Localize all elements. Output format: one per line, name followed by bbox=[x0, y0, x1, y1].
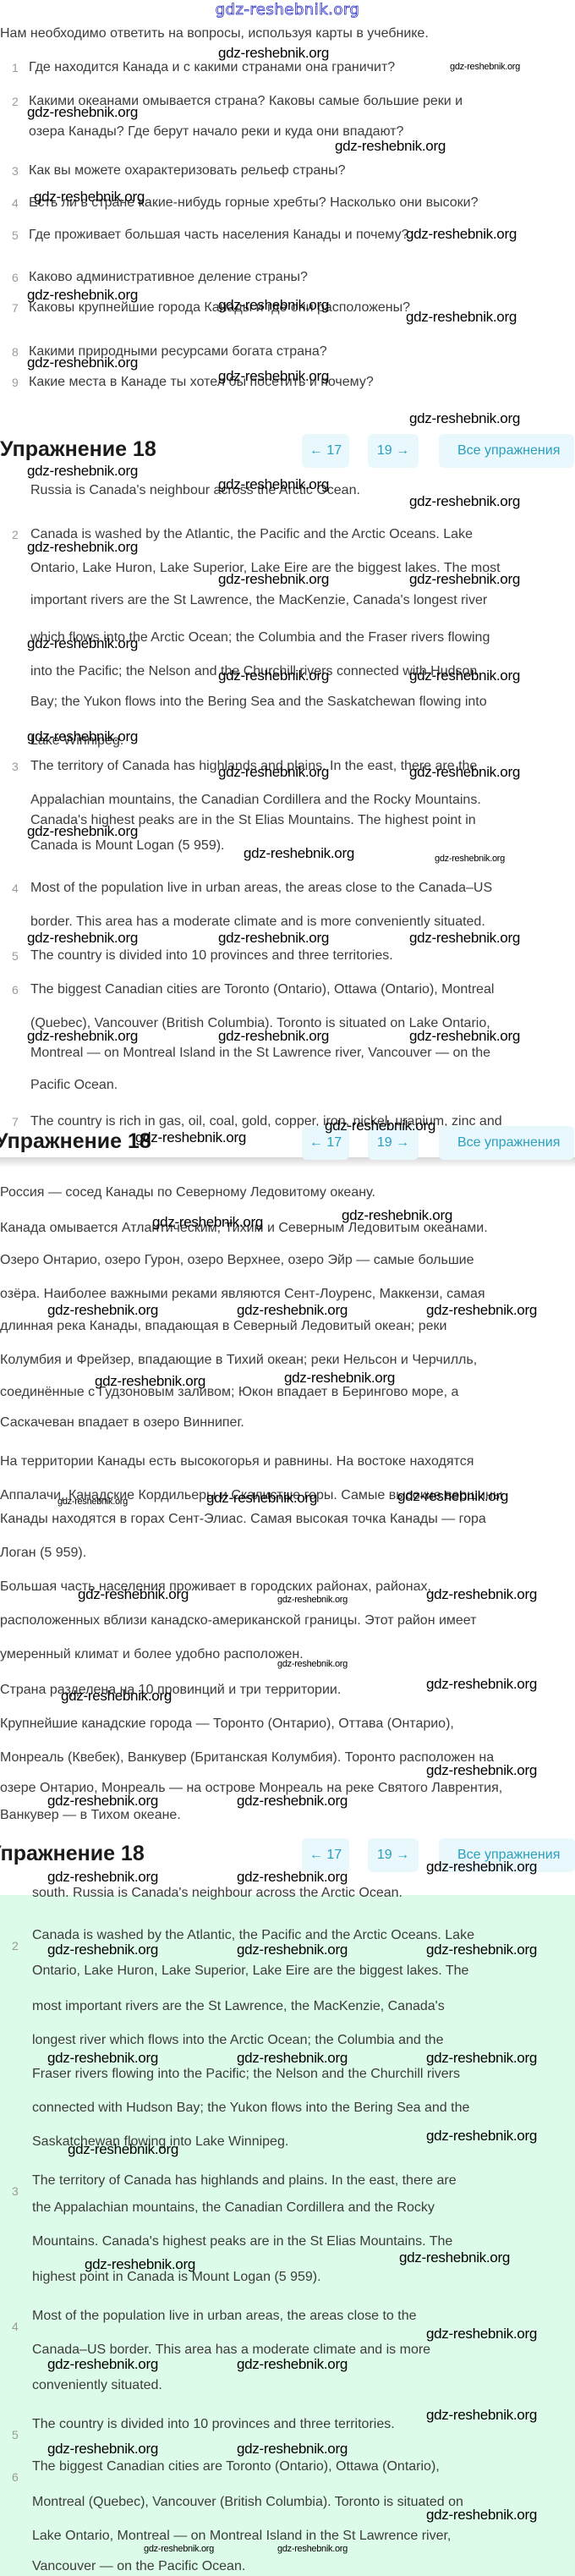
watermark-text: gdz-reshebnik.org bbox=[47, 1793, 158, 1809]
answer-ru-line: Большая часть населения проживает в горо… bbox=[0, 1579, 431, 1596]
watermark-text: gdz-reshebnik.org bbox=[409, 765, 520, 780]
watermark-text: gdz-reshebnik.org bbox=[27, 355, 138, 371]
task-intro: Нам необходимо ответить на вопросы, испо… bbox=[0, 25, 429, 42]
watermark-text: gdz-reshebnik.org bbox=[426, 2507, 537, 2523]
answer-text: the Appalachian mountains, the Canadian … bbox=[32, 2200, 435, 2216]
answer-text: longest river which flows into the Arcti… bbox=[32, 2032, 443, 2049]
answer-number: 5 bbox=[12, 949, 19, 963]
answer-number: 2 bbox=[12, 1939, 19, 1953]
answer-text: The country is divided into 10 provinces… bbox=[30, 947, 393, 964]
watermark-text: gdz-reshebnik.org bbox=[450, 59, 520, 74]
answer-text: The biggest Canadian cities are Toronto … bbox=[32, 2458, 440, 2475]
watermark-text: gdz-reshebnik.org bbox=[406, 310, 517, 325]
answer-text: Most of the population live in urban are… bbox=[30, 880, 492, 897]
watermark-text: gdz-reshebnik.org bbox=[218, 765, 329, 780]
watermark-text: gdz-reshebnik.org bbox=[335, 139, 446, 154]
watermark-text: gdz-reshebnik.org bbox=[218, 298, 329, 313]
watermark-text: gdz-reshebnik.org bbox=[237, 2051, 348, 2066]
watermark-text: gdz-reshebnik.org bbox=[237, 2357, 348, 2372]
watermark-text: gdz-reshebnik.org bbox=[47, 1942, 158, 1958]
prev-exercise-button[interactable]: ← 17 bbox=[302, 434, 349, 468]
watermark-text: gdz-reshebnik.org bbox=[218, 477, 329, 492]
answer-text: conveniently situated. bbox=[32, 2377, 162, 2394]
watermark-text: gdz-reshebnik.org bbox=[426, 1859, 537, 1875]
watermark-text: gdz-reshebnik.org bbox=[237, 1870, 348, 1885]
next-exercise-button[interactable]: 19 → bbox=[368, 434, 419, 468]
answer-ru-line: Колумбия и Фрейзер, впадающие в Тихий ок… bbox=[0, 1352, 477, 1369]
watermark-text: gdz-reshebnik.org bbox=[47, 2357, 158, 2372]
watermark-text: gdz-reshebnik.org bbox=[27, 464, 138, 479]
answer-text: Vancouver — on the Pacific Ocean. bbox=[32, 2558, 245, 2575]
watermark-text: gdz-reshebnik.org bbox=[27, 105, 138, 120]
answer-ru-line: Ванкувер — в Тихом океане. bbox=[0, 1807, 181, 1824]
watermark-text: gdz-reshebnik.org bbox=[68, 2142, 178, 2157]
watermark-text: gdz-reshebnik.org bbox=[218, 46, 329, 61]
watermark-text: gdz-reshebnik.org bbox=[426, 2326, 537, 2342]
watermark-text: gdz-reshebnik.org bbox=[237, 1303, 348, 1318]
watermark-text: gdz-reshebnik.org bbox=[406, 227, 517, 242]
watermark-text: gdz-reshebnik.org bbox=[237, 1793, 348, 1809]
watermark-text: gdz-reshebnik.org bbox=[426, 1677, 537, 1692]
watermark-text: gdz-reshebnik.org bbox=[27, 729, 138, 744]
watermark-text: gdz-reshebnik.org bbox=[78, 1587, 189, 1602]
answer-text: Pacific Ocean. bbox=[30, 1077, 118, 1094]
answer-text: The country is divided into 10 provinces… bbox=[32, 2416, 395, 2433]
question-text: Каково административное деление страны? bbox=[29, 269, 308, 286]
exercise-title: Упражнение 18 bbox=[0, 1129, 151, 1154]
watermark-text: gdz-reshebnik.org bbox=[218, 369, 329, 384]
watermark-text: gdz-reshebnik.org bbox=[426, 1303, 537, 1318]
all-exercises-button[interactable]: Все упражнения bbox=[439, 1126, 574, 1160]
watermark-text: gdz-reshebnik.org bbox=[152, 1215, 263, 1230]
watermark-text: gdz-reshebnik.org bbox=[409, 572, 520, 587]
question-number: 8 bbox=[12, 345, 19, 359]
watermark-text: gdz-reshebnik.org bbox=[144, 2541, 214, 2557]
answer-text: The biggest Canadian cities are Toronto … bbox=[30, 981, 494, 998]
answer-text: Bay; the Yukon flows into the Bering Sea… bbox=[30, 694, 487, 711]
question-number: 1 bbox=[12, 61, 19, 74]
watermark-text: gdz-reshebnik.org bbox=[409, 668, 520, 684]
next-exercise-button[interactable]: 19 → bbox=[368, 1838, 419, 1872]
answer-text: Fraser rivers flowing into the Pacific; … bbox=[32, 2066, 460, 2083]
answer-ru-line: соединённые с Гудзоновым заливом; Юкон в… bbox=[0, 1384, 458, 1401]
watermark-text: gdz-reshebnik.org bbox=[435, 851, 505, 866]
answer-ru-line: умеренный климат и более удобно располож… bbox=[0, 1646, 304, 1663]
answer-text: Canada is Mount Logan (5 959). bbox=[30, 838, 224, 854]
exercise-title: Упражнение 18 bbox=[0, 1842, 145, 1866]
answer-ru-line: Канады находятся в горах Сент-Элиас. Сам… bbox=[0, 1511, 486, 1528]
site-logo[interactable]: gdz-reshebnik.org bbox=[0, 0, 575, 20]
watermark-text: gdz-reshebnik.org bbox=[218, 668, 329, 684]
answer-text: The territory of Canada has highlands an… bbox=[32, 2172, 457, 2189]
answer-ru-line: озёра. Наиболее важными реками являются … bbox=[0, 1286, 485, 1303]
answer-text: Ontario, Lake Huron, Lake Superior, Lake… bbox=[32, 1963, 468, 1980]
watermark-text: gdz-reshebnik.org bbox=[342, 1208, 452, 1223]
question-text: Где находится Канада и с какими странами… bbox=[29, 59, 395, 76]
watermark-text: gdz-reshebnik.org bbox=[426, 2128, 537, 2144]
watermark-text: gdz-reshebnik.org bbox=[47, 1870, 158, 1885]
question-text: Как вы можете охарактеризовать рельеф ст… bbox=[29, 162, 346, 179]
answer-number: 2 bbox=[12, 528, 19, 541]
watermark-text: gdz-reshebnik.org bbox=[27, 636, 138, 651]
watermark-text: gdz-reshebnik.org bbox=[27, 540, 138, 555]
answer-number: 3 bbox=[12, 760, 19, 773]
watermark-text: gdz-reshebnik.org bbox=[218, 572, 329, 587]
watermark-text: gdz-reshebnik.org bbox=[409, 411, 520, 426]
watermark-text: gdz-reshebnik.org bbox=[277, 1592, 348, 1607]
answer-ru-line: Озеро Онтарио, озеро Гурон, озеро Верхне… bbox=[0, 1252, 474, 1269]
watermark-text: gdz-reshebnik.org bbox=[27, 288, 138, 303]
watermark-text: gdz-reshebnik.org bbox=[237, 1942, 348, 1958]
answer-text: Montreal — on Montreal Island in the St … bbox=[30, 1045, 490, 1062]
question-number: 7 bbox=[12, 301, 19, 315]
answer-ru-line: длинная река Канады, впадающая в Северны… bbox=[0, 1318, 446, 1335]
watermark-text: gdz-reshebnik.org bbox=[277, 2541, 348, 2557]
answer-text: south. Russia is Canada's neighbour acro… bbox=[32, 1885, 402, 1902]
answer-text: Montreal (Quebec), Vancouver (British Co… bbox=[32, 2494, 463, 2511]
watermark-text: gdz-reshebnik.org bbox=[426, 1763, 537, 1778]
watermark-text: gdz-reshebnik.org bbox=[34, 189, 145, 205]
watermark-text: gdz-reshebnik.org bbox=[218, 931, 329, 946]
watermark-text: gdz-reshebnik.org bbox=[244, 846, 354, 861]
question-number: 6 bbox=[12, 271, 19, 284]
answer-text: border. This area has a moderate climate… bbox=[30, 914, 485, 931]
watermark-text: gdz-reshebnik.org bbox=[399, 2250, 510, 2266]
watermark-text: gdz-reshebnik.org bbox=[27, 824, 138, 839]
answer-number: 5 bbox=[12, 2428, 19, 2441]
watermark-text: gdz-reshebnik.org bbox=[135, 1130, 246, 1145]
answer-number: 4 bbox=[12, 2320, 19, 2333]
watermark-text: gdz-reshebnik.org bbox=[426, 2051, 537, 2066]
watermark-text: gdz-reshebnik.org bbox=[397, 1489, 508, 1504]
watermark-text: gdz-reshebnik.org bbox=[61, 1689, 172, 1704]
exercise-title: Упражнение 18 bbox=[0, 437, 156, 462]
watermark-text: gdz-reshebnik.org bbox=[206, 1491, 317, 1506]
answer-number: 3 bbox=[12, 2184, 19, 2198]
watermark-text: gdz-reshebnik.org bbox=[409, 931, 520, 946]
answer-text: connected with Hudson Bay; the Yukon flo… bbox=[32, 2100, 469, 2117]
watermark-text: gdz-reshebnik.org bbox=[85, 2257, 195, 2272]
answer-ru-line: На территории Канады есть высокогорья и … bbox=[0, 1453, 474, 1470]
watermark-text: gdz-reshebnik.org bbox=[426, 1587, 537, 1602]
answer-text: Appalachian mountains, the Canadian Cord… bbox=[30, 792, 481, 809]
question-number: 4 bbox=[12, 196, 19, 210]
answer-text: Mountains. Canada's highest peaks are in… bbox=[32, 2233, 452, 2250]
watermark-text: gdz-reshebnik.org bbox=[47, 1303, 158, 1318]
question-number: 3 bbox=[12, 164, 19, 178]
watermark-text: gdz-reshebnik.org bbox=[409, 494, 520, 509]
watermark-text: gdz-reshebnik.org bbox=[218, 1029, 329, 1044]
prev-exercise-button[interactable]: ← 17 bbox=[302, 1838, 349, 1872]
answer-ru-line: Монреаль (Квебек), Ванкувер (Британская … bbox=[0, 1749, 494, 1766]
watermark-text: gdz-reshebnik.org bbox=[409, 1029, 520, 1044]
answer-text: most important rivers are the St Lawrenc… bbox=[32, 1998, 445, 2015]
answer-number: 4 bbox=[12, 882, 19, 895]
watermark-text: gdz-reshebnik.org bbox=[27, 1029, 138, 1044]
answer-number: 6 bbox=[12, 983, 19, 997]
watermark-text: gdz-reshebnik.org bbox=[426, 2408, 537, 2423]
watermark-text: gdz-reshebnik.org bbox=[57, 1494, 128, 1509]
question-number: 9 bbox=[12, 376, 19, 389]
watermark-text: gdz-reshebnik.org bbox=[277, 1656, 348, 1672]
question-number: 5 bbox=[12, 228, 19, 242]
watermark-text: gdz-reshebnik.org bbox=[237, 2441, 348, 2457]
watermark-text: gdz-reshebnik.org bbox=[95, 1374, 205, 1389]
answer-ru-line: Саскачеван впадает в озеро Виннипег. bbox=[0, 1414, 244, 1431]
question-number: 2 bbox=[12, 95, 19, 108]
watermark-text: gdz-reshebnik.org bbox=[27, 931, 138, 946]
answer-ru-line: Крупнейшие канадские города — Торонто (О… bbox=[0, 1716, 454, 1733]
all-exercises-button[interactable]: Все упражнения bbox=[439, 434, 574, 468]
answer-number: 7 bbox=[12, 1115, 19, 1129]
watermark-text: gdz-reshebnik.org bbox=[426, 1942, 537, 1958]
answer-text: Lake Ontario, Montreal — on Montreal Isl… bbox=[32, 2528, 451, 2545]
question-text: Где проживает большая часть населения Ка… bbox=[29, 227, 408, 244]
answer-text: Most of the population live in urban are… bbox=[32, 2308, 417, 2325]
watermark-text: gdz-reshebnik.org bbox=[325, 1118, 435, 1134]
answer-text: important rivers are the St Lawrence, th… bbox=[30, 592, 487, 609]
watermark-text: gdz-reshebnik.org bbox=[284, 1370, 395, 1386]
answer-number: 6 bbox=[12, 2470, 19, 2484]
answer-ru-line: расположенных вблизи канадско-американск… bbox=[0, 1612, 477, 1629]
answer-ru-line: Логан (5 959). bbox=[0, 1545, 86, 1562]
answer-ru-line: Россия — сосед Канады по Северному Ледов… bbox=[0, 1184, 375, 1201]
watermark-text: gdz-reshebnik.org bbox=[47, 2441, 158, 2457]
watermark-text: gdz-reshebnik.org bbox=[47, 2051, 158, 2066]
